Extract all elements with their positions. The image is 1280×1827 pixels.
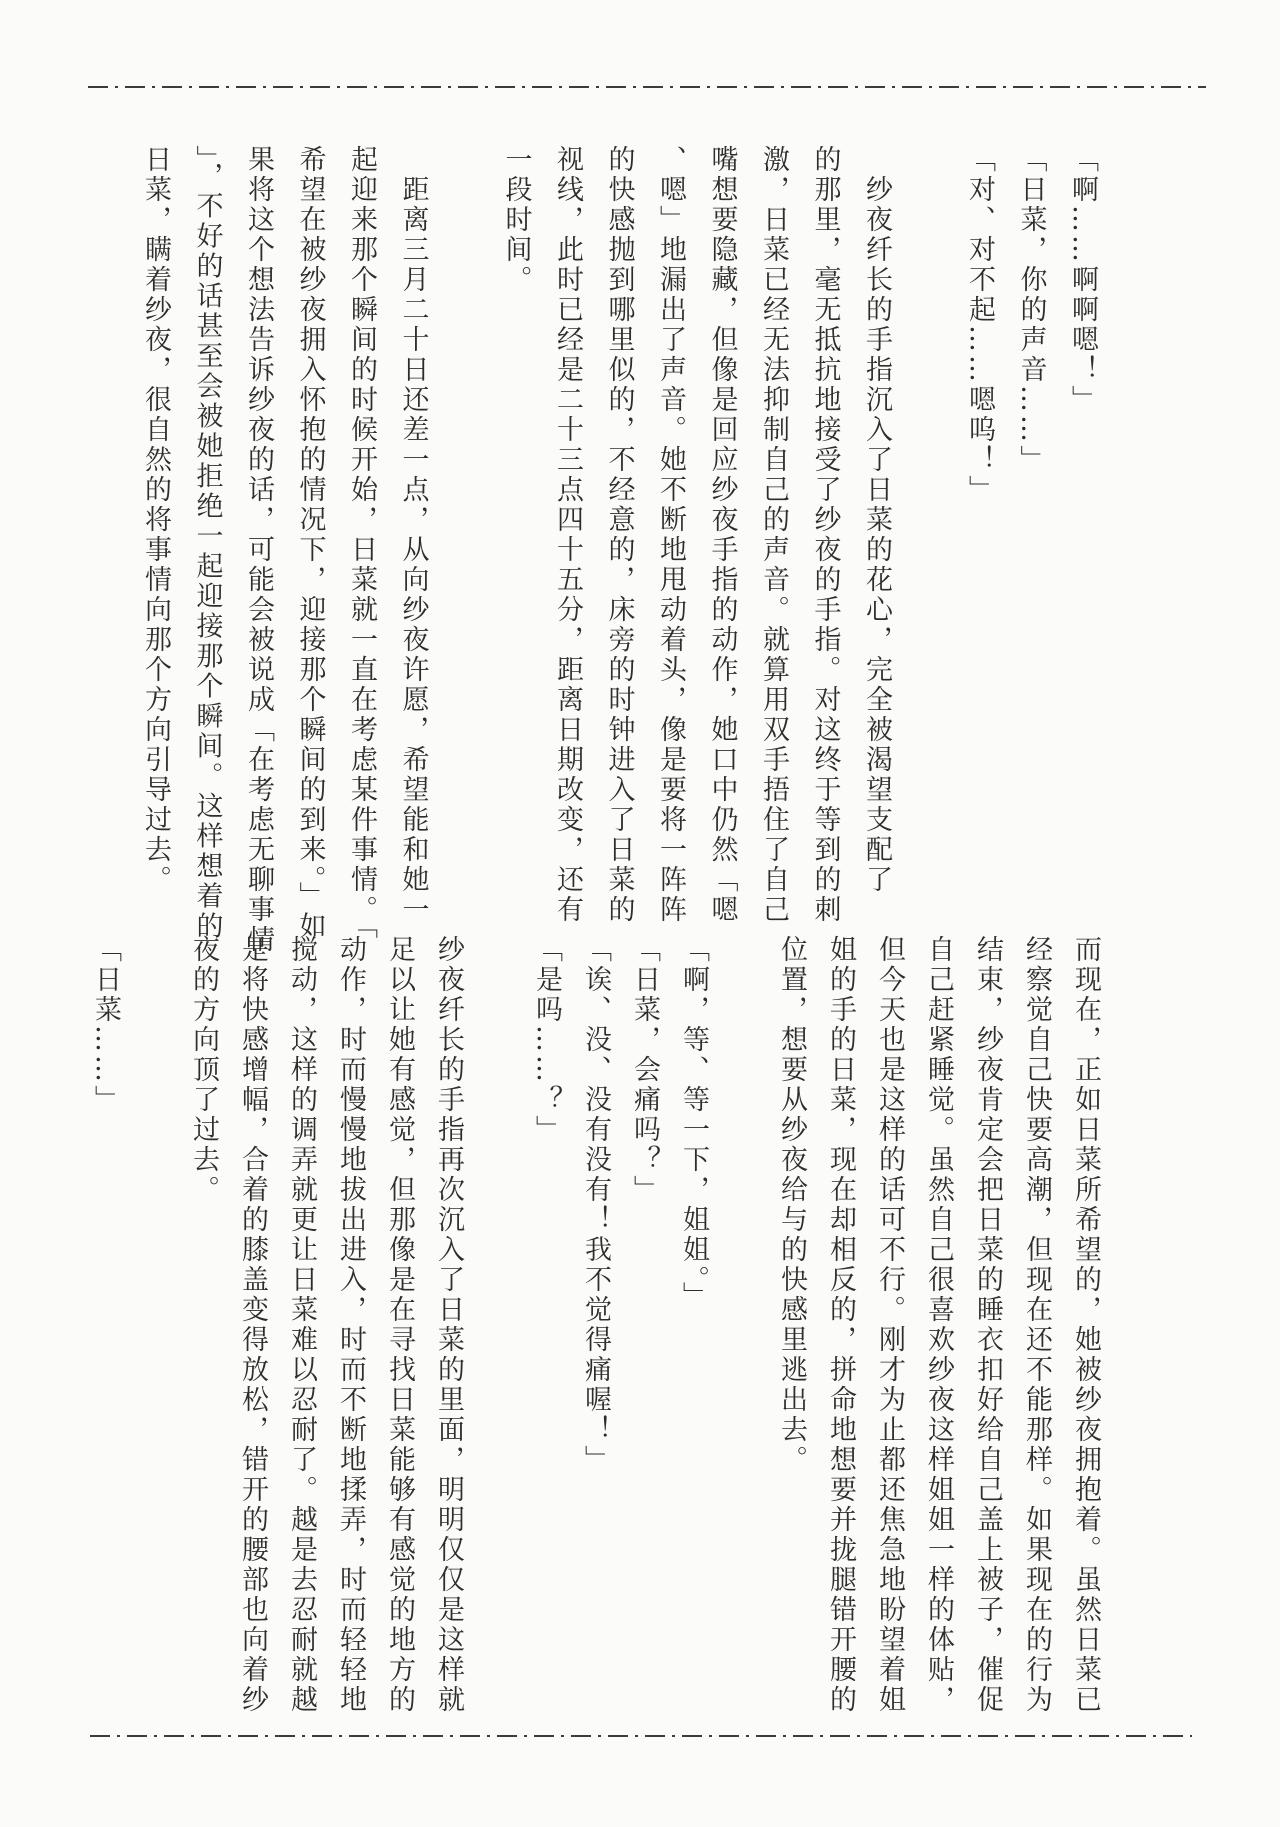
text-column: 视线，此时已经是二十三点四十五分，距离日期改变，还有 (542, 145, 594, 935)
text-column: 动作，时而慢慢地拔出进入，时而不断地揉弄，时而轻轻地 (326, 935, 375, 1725)
bottom-text-block: 而现在，正如日菜所希望的，她被纱夜拥抱着。虽然日菜已经察觉自己快要高潮，但现在还… (81, 935, 1110, 1725)
text-column: 而现在，正如日菜所希望的，她被纱夜拥抱着。虽然日菜已 (1061, 935, 1110, 1725)
text-column: 搅动，这样的调弄就更让日菜难以忍耐了。越是去忍耐就越 (277, 935, 326, 1725)
text-column: 一段时间。 (490, 145, 542, 935)
novel-page: 「啊……啊啊嗯！」「日菜，你的声音……」「对、对不起……嗯呜！」 纱夜纤长的手指… (0, 0, 1280, 1827)
bottom-dashed-rule (90, 1735, 1192, 1737)
text-column: 位置，想要从纱夜给与的快感里逃出去。 (767, 935, 816, 1725)
text-column: 是将快感增幅，合着的膝盖变得放松，错开的腰部也向着纱 (228, 935, 277, 1725)
text-column: 「啊，等、等一下，姐姐。」 (669, 935, 718, 1725)
blank-column (473, 935, 522, 1725)
text-column: 嘴想要隐藏，但像是回应纱夜手指的动作，她口中仍然「嗯 (696, 145, 748, 935)
blank-column (902, 145, 954, 935)
text-column: 姐的手的日菜，现在却相反的，拼命地想要并拢腿错开腰的 (816, 935, 865, 1725)
text-column: 「日菜，会痛吗？」 (620, 935, 669, 1725)
text-column: 但今天也是这样的话可不行。刚才为止都还焦急地盼望着姐 (865, 935, 914, 1725)
text-column: 「对、对不起……嗯呜！」 (954, 145, 1006, 935)
text-column: 激，日菜已经无法抑制自己的声音。就算用双手捂住了自己 (748, 145, 800, 935)
text-column: 「日菜，你的声音……」 (1005, 145, 1057, 935)
text-column: 果将这个想法告诉纱夜的话，可能会被说成「在考虑无聊事情 (233, 145, 285, 935)
text-column: 结束，纱夜肯定会把日菜的睡衣扣好给自己盖上被子，催促 (963, 935, 1012, 1725)
text-column: 」，不好的话甚至会被她拒绝一起迎接那个瞬间。这样想着的 (181, 145, 233, 935)
blank-column (718, 935, 767, 1725)
text-column: 的那里，毫无抵抗地接受了纱夜的手指。对这终于等到的刺 (799, 145, 851, 935)
text-column: 「是吗……？」 (522, 935, 571, 1725)
text-column: 「啊……啊啊嗯！」 (1057, 145, 1109, 935)
text-column: 经察觉自己快要高潮，但现在还不能那样。如果现在的行为 (1012, 935, 1061, 1725)
text-column: 自己赶紧睡觉。虽然自己很喜欢纱夜这样姐姐一样的体贴， (914, 935, 963, 1725)
text-column: 纱夜纤长的手指再次沉入了日菜的里面，明明仅仅是这样就 (424, 935, 473, 1725)
text-column: 夜的方向顶了过去。 (179, 935, 228, 1725)
blank-column (130, 935, 179, 1725)
top-text-block: 「啊……啊啊嗯！」「日菜，你的声音……」「对、对不起……嗯呜！」 纱夜纤长的手指… (130, 145, 1109, 935)
text-column: 日菜，瞒着纱夜，很自然的将事情向那个方向引导过去。 (130, 145, 182, 935)
text-column: 纱夜纤长的手指沉入了日菜的花心，完全被渴望支配了 (851, 145, 903, 935)
text-column: 希望在被纱夜拥入怀抱的情况下，迎接那个瞬间的到来。」如 (284, 145, 336, 935)
text-column: 足以让她有感觉，但那像是在寻找日菜能够有感觉的地方的 (375, 935, 424, 1725)
text-column: 距离三月二十日还差一点，从向纱夜许愿，希望能和她一 (387, 145, 439, 935)
text-column: 的快感抛到哪里似的，不经意的，床旁的时钟进入了日菜的 (593, 145, 645, 935)
top-dashed-rule (88, 86, 1206, 88)
text-column: 「日菜……」 (81, 935, 130, 1725)
text-column: 「诶、没、没有没有！我不觉得痛喔！」 (571, 935, 620, 1725)
text-column: 、嗯」地漏出了声音。她不断地甩动着头，像是要将一阵阵 (645, 145, 697, 935)
text-column: 起迎来那个瞬间的时候开始，日菜就一直在考虑某件事情。「 (336, 145, 388, 935)
blank-column (439, 145, 491, 935)
